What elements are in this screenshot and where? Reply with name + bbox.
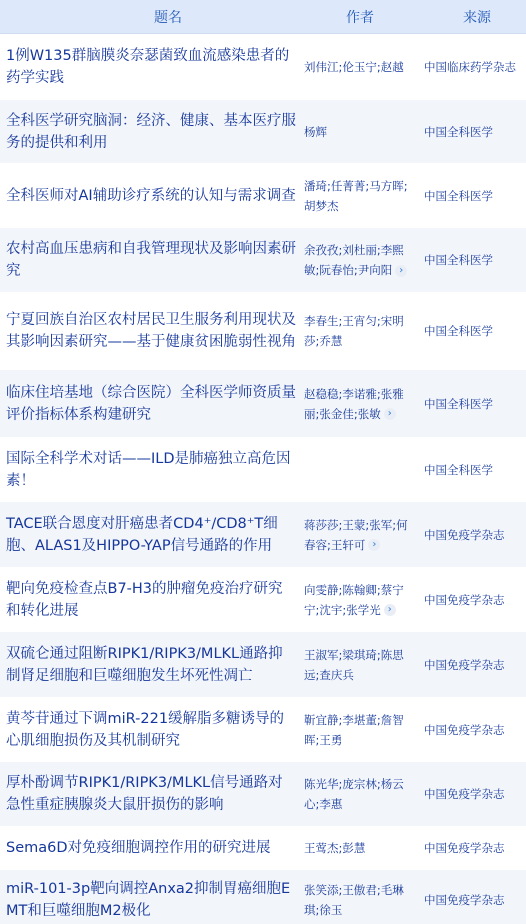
article-source-link[interactable]: 中国全科医学 [418,124,526,140]
author-list[interactable]: 陈光华;庞宗林;杨云心;李惠 [304,777,404,811]
article-source-link[interactable]: 中国临床药学杂志 [418,59,526,75]
author-list[interactable]: 潘琦;任菁菁;马方晖;胡梦杰 [304,179,408,213]
table-row: 全科医师对AI辅助诊疗系统的认知与需求调查潘琦;任菁菁;马方晖;胡梦杰中国全科医… [0,163,526,228]
column-header-title[interactable]: 题名 [0,7,296,27]
article-source-link[interactable]: 中国免疫学杂志 [418,786,526,802]
table-body: 1例W135群脑膜炎奈瑟菌致血流感染患者的药学实践刘伟江;伦玉宁;赵越中国临床药… [0,34,526,924]
table-row: Sema6D对免疫细胞调控作用的研究进展王莺杰;彭慧中国免疫学杂志 [0,826,526,870]
article-authors: 靳宜静;李堪董;詹智晖;王勇 [300,710,418,750]
article-authors: 赵稳稳;李诺雅;张雅丽;张金佳;张敏› [300,384,418,424]
article-source-link[interactable]: 中国全科医学 [418,188,526,204]
article-title-link[interactable]: 全科医学研究脑洞：经济、健康、基本医疗服务的提供和利用 [0,110,300,154]
author-list[interactable]: 王淑军;梁琪琦;陈思远;查庆兵 [304,648,404,682]
article-authors: 杨辉 [300,122,418,142]
table-row: 国际全科学术对话——ILD是肺癌独立高危因素！中国全科医学 [0,437,526,502]
article-title-link[interactable]: TACE联合恩度对肝癌患者CD4⁺/CD8⁺T细胞、ALAS1及HIPPO-YA… [0,513,300,557]
table-header: 题名 作者 来源 [0,0,526,34]
article-title-link[interactable]: 农村高血压患病和自我管理现状及影响因素研究 [0,238,300,282]
table-row: 宁夏回族自治区农村居民卫生服务利用现状及其影响因素研究——基于健康贫困脆弱性视角… [0,292,526,370]
article-source-link[interactable]: 中国免疫学杂志 [418,840,526,856]
article-title-link[interactable]: 宁夏回族自治区农村居民卫生服务利用现状及其影响因素研究——基于健康贫困脆弱性视角 [0,309,300,353]
article-title-link[interactable]: 双硫仑通过阻断RIPK1/RIPK3/MLKL通路抑制肾足细胞和巨噬细胞发生坏死… [0,643,300,687]
article-authors: 潘琦;任菁菁;马方晖;胡梦杰 [300,176,418,216]
table-row: 双硫仑通过阻断RIPK1/RIPK3/MLKL通路抑制肾足细胞和巨噬细胞发生坏死… [0,632,526,697]
article-title-link[interactable]: miR-101-3p靶向调控Anxa2抑制胃癌细胞EMT和巨噬细胞M2极化 [0,878,300,922]
article-title-link[interactable]: 厚朴酚调节RIPK1/RIPK3/MLKL信号通路对急性重症胰腺炎大鼠肝损伤的影… [0,772,300,816]
table-row: TACE联合恩度对肝癌患者CD4⁺/CD8⁺T细胞、ALAS1及HIPPO-YA… [0,502,526,567]
article-source-link[interactable]: 中国免疫学杂志 [418,592,526,608]
article-title-link[interactable]: 靶向免疫检查点B7-H3的肿瘤免疫治疗研究和转化进展 [0,578,300,622]
article-authors: 王淑军;梁琪琦;陈思远;查庆兵 [300,645,418,685]
author-list[interactable]: 张笑添;王傲君;毛琳琪;徐玉 [304,883,404,917]
article-authors: 向雯静;陈翰卿;蔡宁宁;沈宇;张学光› [300,580,418,620]
article-source-link[interactable]: 中国全科医学 [418,323,526,339]
author-list[interactable]: 余孜孜;刘杜丽;李熙敏;阮春怡;尹向阳 [304,243,404,277]
article-title-link[interactable]: 临床住培基地（综合医院）全科医学师资质量评价指标体系构建研究 [0,382,300,426]
article-title-link[interactable]: 全科医师对AI辅助诊疗系统的认知与需求调查 [0,185,300,207]
article-authors: 陈光华;庞宗林;杨云心;李惠 [300,774,418,814]
article-authors: 刘伟江;伦玉宁;赵越 [300,57,418,77]
more-authors-icon[interactable]: › [384,408,396,420]
more-authors-icon[interactable]: › [368,539,380,551]
table-row: 厚朴酚调节RIPK1/RIPK3/MLKL信号通路对急性重症胰腺炎大鼠肝损伤的影… [0,762,526,826]
article-authors: 王莺杰;彭慧 [300,838,418,858]
more-authors-icon[interactable]: › [395,265,407,277]
article-title-link[interactable]: 1例W135群脑膜炎奈瑟菌致血流感染患者的药学实践 [0,45,300,89]
author-list[interactable]: 李春生;王宵匀;宋明莎;乔慧 [304,314,404,348]
article-source-link[interactable]: 中国全科医学 [418,462,526,478]
author-list[interactable]: 杨辉 [304,125,327,139]
article-authors: 张笑添;王傲君;毛琳琪;徐玉 [300,880,418,920]
column-header-source[interactable]: 来源 [416,7,526,27]
article-source-link[interactable]: 中国免疫学杂志 [418,657,526,673]
more-authors-icon[interactable]: › [384,604,396,616]
author-list[interactable]: 刘伟江;伦玉宁;赵越 [304,60,404,74]
article-source-link[interactable]: 中国全科医学 [418,396,526,412]
table-row: 黄芩苷通过下调miR-221缓解脂多糖诱导的心肌细胞损伤及其机制研究靳宜静;李堪… [0,697,526,762]
table-row: 全科医学研究脑洞：经济、健康、基本医疗服务的提供和利用杨辉中国全科医学 [0,100,526,163]
author-list[interactable]: 靳宜静;李堪董;詹智晖;王勇 [304,713,404,747]
article-source-link[interactable]: 中国免疫学杂志 [418,892,526,908]
author-list[interactable]: 王莺杰;彭慧 [304,841,365,855]
results-table: 题名 作者 来源 1例W135群脑膜炎奈瑟菌致血流感染患者的药学实践刘伟江;伦玉… [0,0,526,924]
article-title-link[interactable]: 国际全科学术对话——ILD是肺癌独立高危因素！ [0,448,300,492]
author-list[interactable]: 蒋莎莎;王蒙;张军;何春容;王轩可 [304,518,408,552]
article-authors: 余孜孜;刘杜丽;李熙敏;阮春怡;尹向阳› [300,240,418,280]
article-source-link[interactable]: 中国全科医学 [418,252,526,268]
article-authors: 蒋莎莎;王蒙;张军;何春容;王轩可› [300,515,418,555]
table-row: 靶向免疫检查点B7-H3的肿瘤免疫治疗研究和转化进展向雯静;陈翰卿;蔡宁宁;沈宇… [0,567,526,632]
article-authors: 李春生;王宵匀;宋明莎;乔慧 [300,311,418,351]
table-row: 临床住培基地（综合医院）全科医学师资质量评价指标体系构建研究赵稳稳;李诺雅;张雅… [0,370,526,437]
article-source-link[interactable]: 中国免疫学杂志 [418,527,526,543]
table-row: 1例W135群脑膜炎奈瑟菌致血流感染患者的药学实践刘伟江;伦玉宁;赵越中国临床药… [0,34,526,100]
table-row: miR-101-3p靶向调控Anxa2抑制胃癌细胞EMT和巨噬细胞M2极化张笑添… [0,870,526,924]
article-title-link[interactable]: Sema6D对免疫细胞调控作用的研究进展 [0,837,300,859]
column-header-author[interactable]: 作者 [296,7,416,27]
table-row: 农村高血压患病和自我管理现状及影响因素研究余孜孜;刘杜丽;李熙敏;阮春怡;尹向阳… [0,228,526,292]
article-title-link[interactable]: 黄芩苷通过下调miR-221缓解脂多糖诱导的心肌细胞损伤及其机制研究 [0,708,300,752]
article-source-link[interactable]: 中国免疫学杂志 [418,722,526,738]
